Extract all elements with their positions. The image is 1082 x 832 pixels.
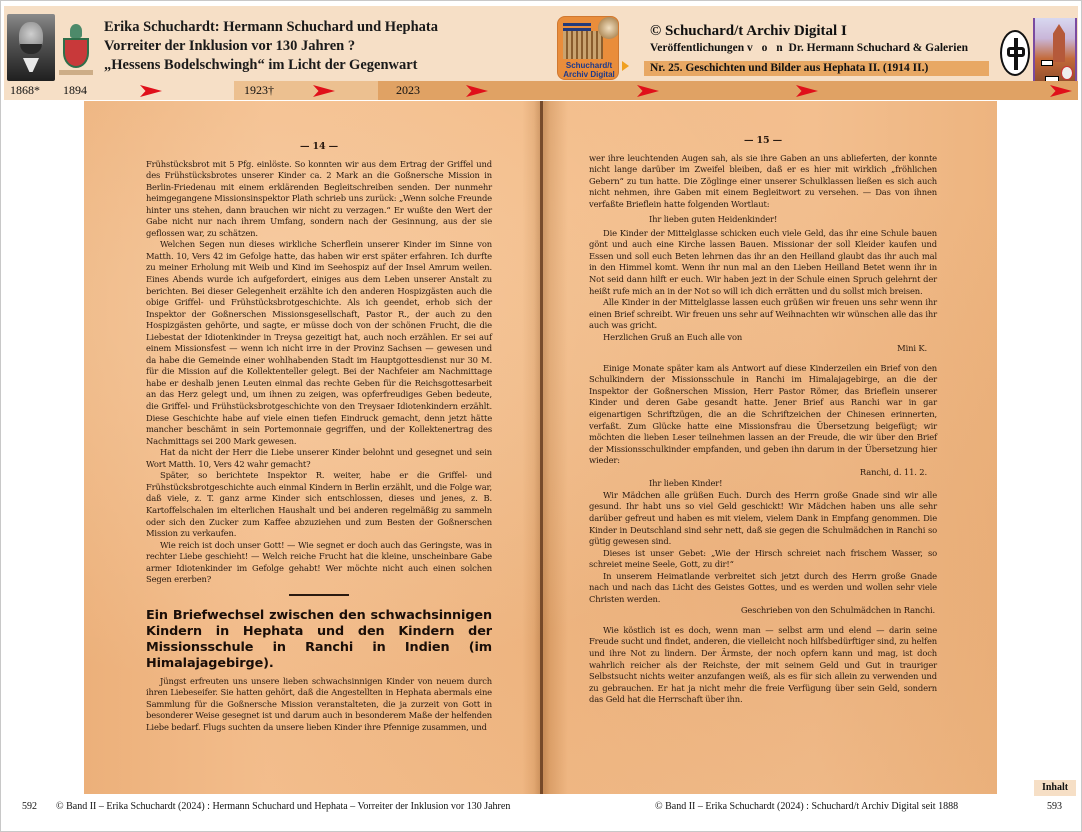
paragraph: Welchen Segen nun dieses wirkliche Scher… xyxy=(146,239,492,447)
paragraph: Hat da nicht der Herr die Liebe unserer … xyxy=(146,447,492,470)
left-scanned-page: — 14 — Frühstücksbrot mit 5 Pfg. einlöst… xyxy=(146,141,492,734)
right-page-number-footer: 593 xyxy=(1047,801,1062,812)
paragraph: Wie reich ist doch unser Gott! — Wie seg… xyxy=(146,540,492,586)
book-title: Erika Schuchardt: Hermann Schuchard und … xyxy=(104,18,438,75)
letter-paragraph: Wir Mädchen alle grüßen Euch. Durch des … xyxy=(589,490,937,548)
right-scanned-page: — 15 — wer ihre leuchtenden Augen sah, a… xyxy=(589,135,937,706)
paragraph: Jüngst erfreuten uns unsere lieben schwa… xyxy=(146,676,492,734)
left-page-number-footer: 592 xyxy=(22,801,37,812)
book-title-line-1: Erika Schuchardt: Hermann Schuchard und … xyxy=(104,18,438,37)
archive-subtitle: Veröffentlichungen v o n Dr. Hermann Sch… xyxy=(650,42,968,54)
family-crest-icon xyxy=(59,20,93,80)
book-cover-icon[interactable] xyxy=(1033,18,1077,86)
letter-salutation: Ihr lieben Kinder! xyxy=(589,478,937,490)
left-page-number: — 14 — xyxy=(146,141,492,153)
chapter-link[interactable]: Nr. 25. Geschichten und Bilder aus Hepha… xyxy=(644,61,989,76)
archive-sub-von: v o n xyxy=(747,42,786,54)
letter-signature: Mini K. xyxy=(589,343,937,355)
timeline-label-1923: 1923† xyxy=(244,83,274,98)
letter-signature: Geschrieben von den Schulmädchen in Ranc… xyxy=(589,605,937,617)
right-page-number: — 15 — xyxy=(589,135,937,147)
section-divider xyxy=(289,594,349,596)
archive-logo-label-1: Schuchard/t xyxy=(558,61,619,70)
letter-paragraph: In unserem Heimatlande verbreitet sich j… xyxy=(589,571,937,606)
timeline-label-1894: 1894 xyxy=(63,83,87,98)
paragraph: Wie köstlich ist es doch, wenn man — sel… xyxy=(589,625,937,706)
archive-logo-label-2: Archiv Digital xyxy=(558,70,619,79)
archive-sub-prefix: Veröffentlichungen xyxy=(650,42,744,54)
timeline-label-2023: 2023 xyxy=(396,83,420,98)
paragraph: Später, so berichtete Inspektor R. weite… xyxy=(146,470,492,539)
left-footer-text: © Band II – Erika Schuchardt (2024) : He… xyxy=(56,801,510,812)
portrait-photo-icon xyxy=(7,14,55,81)
paragraph: wer ihre leuchtenden Augen sah, als sie … xyxy=(589,153,937,211)
letter-paragraph: Dieses ist unser Gebet: „Wie der Hirsch … xyxy=(589,548,937,571)
paragraph: Frühstücksbrot mit 5 Pfg. einlöste. So k… xyxy=(146,159,492,240)
hephata-seal-icon xyxy=(1000,30,1030,76)
paragraph: Einige Monate später kam als Antwort auf… xyxy=(589,363,937,467)
inhalt-button[interactable]: Inhalt xyxy=(1034,780,1076,796)
pointer-triangle-icon xyxy=(622,61,629,71)
archive-logo-icon[interactable]: Schuchard/t Archiv Digital xyxy=(557,16,619,80)
letter-salutation: Ihr lieben guten Heidenkinder! xyxy=(589,214,937,226)
right-footer-text: © Band II – Erika Schuchardt (2024) : Sc… xyxy=(655,801,958,812)
book-gutter xyxy=(540,101,543,794)
book-title-line-2: Vorreiter der Inklusion vor 130 Jahren ? xyxy=(104,37,438,56)
timeline-strip: 1868* 1894 1923† 2023 xyxy=(4,81,1078,100)
letter-paragraph: Herzlichen Gruß an Euch alle von xyxy=(589,332,937,344)
section-heading: Ein Briefwechsel zwischen den schwachsin… xyxy=(146,608,492,672)
timeline-label-1868: 1868* xyxy=(10,83,40,98)
archive-sub-suffix: Dr. Hermann Schuchard & Galerien xyxy=(789,42,968,54)
letter-paragraph: Die Kinder der Mittelglasse schicken euc… xyxy=(589,228,937,297)
letter-place-date: Ranchi, d. 11. 2. xyxy=(589,467,937,479)
chapter-title: Nr. 25. Geschichten und Bilder aus Hepha… xyxy=(650,61,928,76)
scanned-book-spread: — 14 — Frühstücksbrot mit 5 Pfg. einlöst… xyxy=(84,101,997,794)
archive-title: © Schuchard/t Archiv Digital I xyxy=(650,23,847,40)
book-title-line-3: „Hessens Bodelschwingh“ im Licht der Geg… xyxy=(104,56,438,75)
letter-paragraph: Alle Kinder in der Mittelglasse lassen e… xyxy=(589,297,937,332)
